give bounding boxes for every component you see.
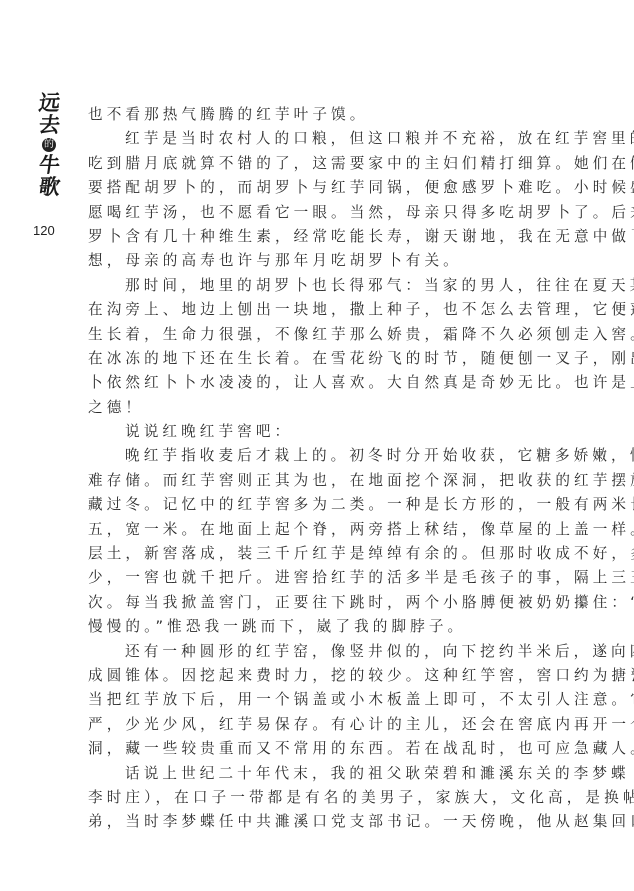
paragraph-first-line: 还有一种圆形的红芋窑，像竖井似的，向下挖约半米后，遂向四周拓展，	[88, 640, 548, 664]
logo-char: 去	[37, 114, 61, 136]
paragraph-first-line: 那时间，地里的胡罗卜也长得邪气：当家的男人，往往在夏天某个时刻，	[88, 274, 548, 298]
text-line: 李时庄），在口子一带都是有名的美男子，家族大，文化高，是换帖的金兰兄	[88, 786, 548, 810]
text-line: 难存储。而红芋窖则正其为也，在地面挖个深洞，把收获的红芋摆放其内，窖	[88, 469, 548, 493]
text-line: 在沟旁上、地边上刨出一块地，撒上种子，也不怎么去管理，它便蓬蓬勃勃地	[88, 298, 548, 322]
text-line: 当把红芋放下后，用一个锅盖或小木板盖上即可，不太引人注意。它密封的	[88, 688, 548, 712]
text-line: 吃到腊月底就算不错的了，这需要家中的主妇们精打细算。她们在做红芋饭时	[88, 152, 548, 176]
text-line: 少，一窖也就千把斤。进窖拾红芋的活多半是毛孩子的事，隔上三五天拾一	[88, 566, 548, 590]
text-line: 成圆锥体。因挖起来费时力，挖的较少。这种红竽窖，窖口约为搪瓷盆大小，	[88, 664, 548, 688]
text-line: 弟，当时李梦蝶任中共濉溪口党支部书记。一天傍晚，他从赵集回口子，被国	[88, 810, 548, 834]
text-line: 卜依然红卜卜水凌凌的，让人喜欢。大自然真是奇妙无比。也许是上天有好生	[88, 371, 548, 395]
text-line: 生长着，生命力很强，不像红芋那么娇贵，霜降不久必须刨走入窖。而胡罗卜	[88, 323, 548, 347]
logo-char: 远	[37, 92, 61, 114]
paragraph-first-line: 红芋是当时农村人的口粮，但这口粮并不充裕，放在红芋窖里的晚红芋能	[88, 127, 548, 151]
page-number: 120	[33, 223, 55, 238]
paragraph-first-line: 话说上世纪二十年代末，我的祖父耿荣碧和濉溪东关的李梦蝶（后改名	[88, 762, 548, 786]
paragraph-first-line: 晚红芋指收麦后才栽上的。初冬时分开始收获，它糖多娇嫩，怕风怯冷极	[88, 444, 548, 468]
body-text: 也不看那热气腾腾的红芋叶子馍。红芋是当时农村人的口粮，但这口粮并不充裕，放在红芋…	[88, 103, 548, 835]
paragraph-first-line: 说说红晚红芋窖吧：	[88, 420, 548, 444]
logo-char: 牛	[37, 154, 61, 176]
book-page: 远 去 的 牛 歌 120 也不看那热气腾腾的红芋叶子馍。红芋是当时农村人的口粮…	[0, 0, 634, 891]
logo-char: 歌	[37, 176, 61, 198]
text-line: 藏过冬。记忆中的红芋窖多为二类。一种是长方形的，一般有两米长，深一米	[88, 493, 548, 517]
text-line: 慢慢的。”惟恐我一跳而下，崴了我的脚脖子。	[88, 615, 548, 639]
text-line: 洞，藏一些较贵重而又不常用的东西。若在战乱时，也可应急藏人。	[88, 737, 548, 761]
text-line: 在冰冻的地下还在生长着。在雪花纷飞的时节，随便刨一叉子，刚出土的胡罗	[88, 347, 548, 371]
text-line: 罗卜含有几十种维生素，经常吃能长寿，谢天谢地，我在无意中做了孝子。我	[88, 225, 548, 249]
text-line: 次。每当我掀盖窖门，正要往下跳时，两个小胳膊便被奶奶攥住：“慢慢的，	[88, 591, 548, 615]
text-line: 想，母亲的高寿也许与那年月吃胡罗卜有关。	[88, 249, 548, 273]
text-line: 要搭配胡罗卜的，而胡罗卜与红芋同锅，便愈感罗卜难吃。小时候盛饭时，宁	[88, 176, 548, 200]
logo-char-seal: 的	[42, 138, 56, 152]
book-title-calligraphy-logo: 远 去 的 牛 歌	[26, 92, 72, 198]
text-line: 五，宽一米。在地面上起个脊，两旁搭上秫结，像草屋的上盖一样。再铺上一	[88, 518, 548, 542]
text-line: 之德！	[88, 396, 548, 420]
text-line: 也不看那热气腾腾的红芋叶子馍。	[88, 103, 548, 127]
text-line: 愿喝红芋汤，也不愿看它一眼。当然，母亲只得多吃胡罗卜了。后来听说，胡	[88, 201, 548, 225]
text-line: 层土，新窖落成，装三千斤红芋是绰绰有余的。但那时收成不好，多为窑大芋	[88, 542, 548, 566]
text-line: 严，少光少风，红芋易保存。有心计的主儿，还会在窖底内再开一个隐暗的	[88, 713, 548, 737]
